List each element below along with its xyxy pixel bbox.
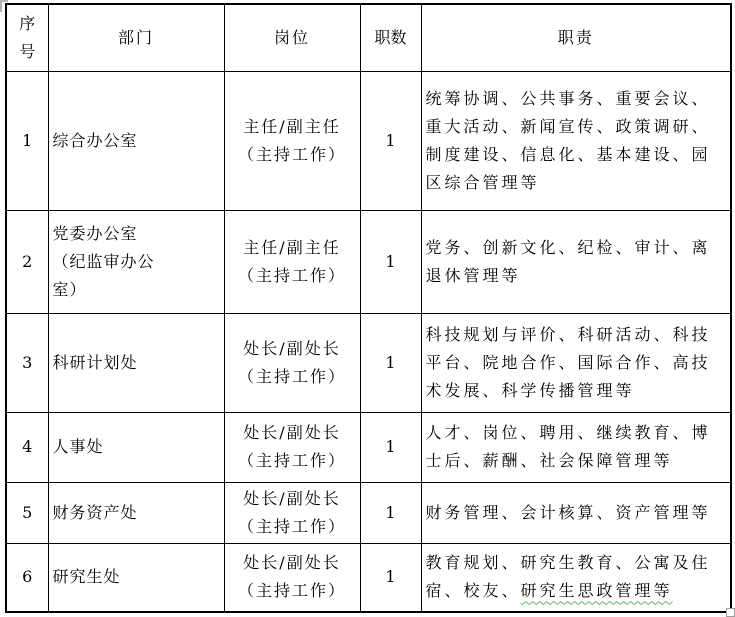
cell-dept: 科研计划处 xyxy=(48,313,224,412)
cell-duty: 财务管理、会计核算、资产管理等 xyxy=(421,482,731,543)
cell-seq: 6 xyxy=(6,543,48,612)
table-row: 5 财务资产处 处长/副处长 （主持工作） 1 财务管理、会计核算、资产管理等 xyxy=(6,482,731,543)
cell-pos: 处长/副处长 （主持工作） xyxy=(224,313,360,412)
cell-seq: 1 xyxy=(6,71,48,210)
cell-dept: 人事处 xyxy=(48,412,224,482)
cell-pos: 处长/副处长 （主持工作） xyxy=(224,482,360,543)
header-dept: 部门 xyxy=(48,4,224,71)
cell-seq: 3 xyxy=(6,313,48,412)
table-row: 1 综合办公室 主任/副主任 （主持工作） 1 统筹协调、公共事务、重要会议、重… xyxy=(6,71,731,210)
cell-duty: 人才、岗位、聘用、继续教育、博士后、薪酬、社会保障管理等 xyxy=(421,412,731,482)
duty-text-proofing-underline: 研究生思政管理等 xyxy=(521,581,673,600)
cell-count: 1 xyxy=(360,543,421,612)
table-row: 2 党委办公室 （纪监审办公 室） 主任/副主任 （主持工作） 1 党务、创新文… xyxy=(6,210,731,313)
header-row: 序 号 部门 岗位 职数 职责 xyxy=(6,4,731,71)
cell-dept: 研究生处 xyxy=(48,543,224,612)
cell-pos: 主任/副主任 （主持工作） xyxy=(224,71,360,210)
cell-pos: 处长/副处长 （主持工作） xyxy=(224,412,360,482)
cell-pos: 主任/副主任 （主持工作） xyxy=(224,210,360,313)
cell-seq: 4 xyxy=(6,412,48,482)
table-resize-handle[interactable] xyxy=(726,608,735,617)
table-row: 3 科研计划处 处长/副处长 （主持工作） 1 科技规划与评价、科研活动、科技平… xyxy=(6,313,731,412)
cell-seq: 2 xyxy=(6,210,48,313)
cell-duty: 统筹协调、公共事务、重要会议、重大活动、新闻宣传、政策调研、制度建设、信息化、基… xyxy=(421,71,731,210)
header-seq: 序 号 xyxy=(6,4,48,71)
cell-dept: 财务资产处 xyxy=(48,482,224,543)
cell-count: 1 xyxy=(360,71,421,210)
cell-dept: 党委办公室 （纪监审办公 室） xyxy=(48,210,224,313)
cell-count: 1 xyxy=(360,412,421,482)
cell-duty: 科技规划与评价、科研活动、科技平台、院地合作、国际合作、高技术发展、科学传播管理… xyxy=(421,313,731,412)
header-duty: 职责 xyxy=(421,4,731,71)
table-row: 6 研究生处 处长/副处长 （主持工作） 1 教育规划、研究生教育、公寓及住宿、… xyxy=(6,543,731,612)
cell-seq: 5 xyxy=(6,482,48,543)
cell-count: 1 xyxy=(360,482,421,543)
header-count: 职数 xyxy=(360,4,421,71)
cell-dept: 综合办公室 xyxy=(48,71,224,210)
cell-duty: 教育规划、研究生教育、公寓及住宿、校友、研究生思政管理等 xyxy=(421,543,731,612)
org-positions-table: 序 号 部门 岗位 职数 职责 1 综合办公室 主任/副主任 （主持工作） 1 … xyxy=(5,3,732,613)
cell-count: 1 xyxy=(360,313,421,412)
cell-pos: 处长/副处长 （主持工作） xyxy=(224,543,360,612)
table-row: 4 人事处 处长/副处长 （主持工作） 1 人才、岗位、聘用、继续教育、博士后、… xyxy=(6,412,731,482)
cell-duty: 党务、创新文化、纪检、审计、离退休管理等 xyxy=(421,210,731,313)
cell-count: 1 xyxy=(360,210,421,313)
header-pos: 岗位 xyxy=(224,4,360,71)
